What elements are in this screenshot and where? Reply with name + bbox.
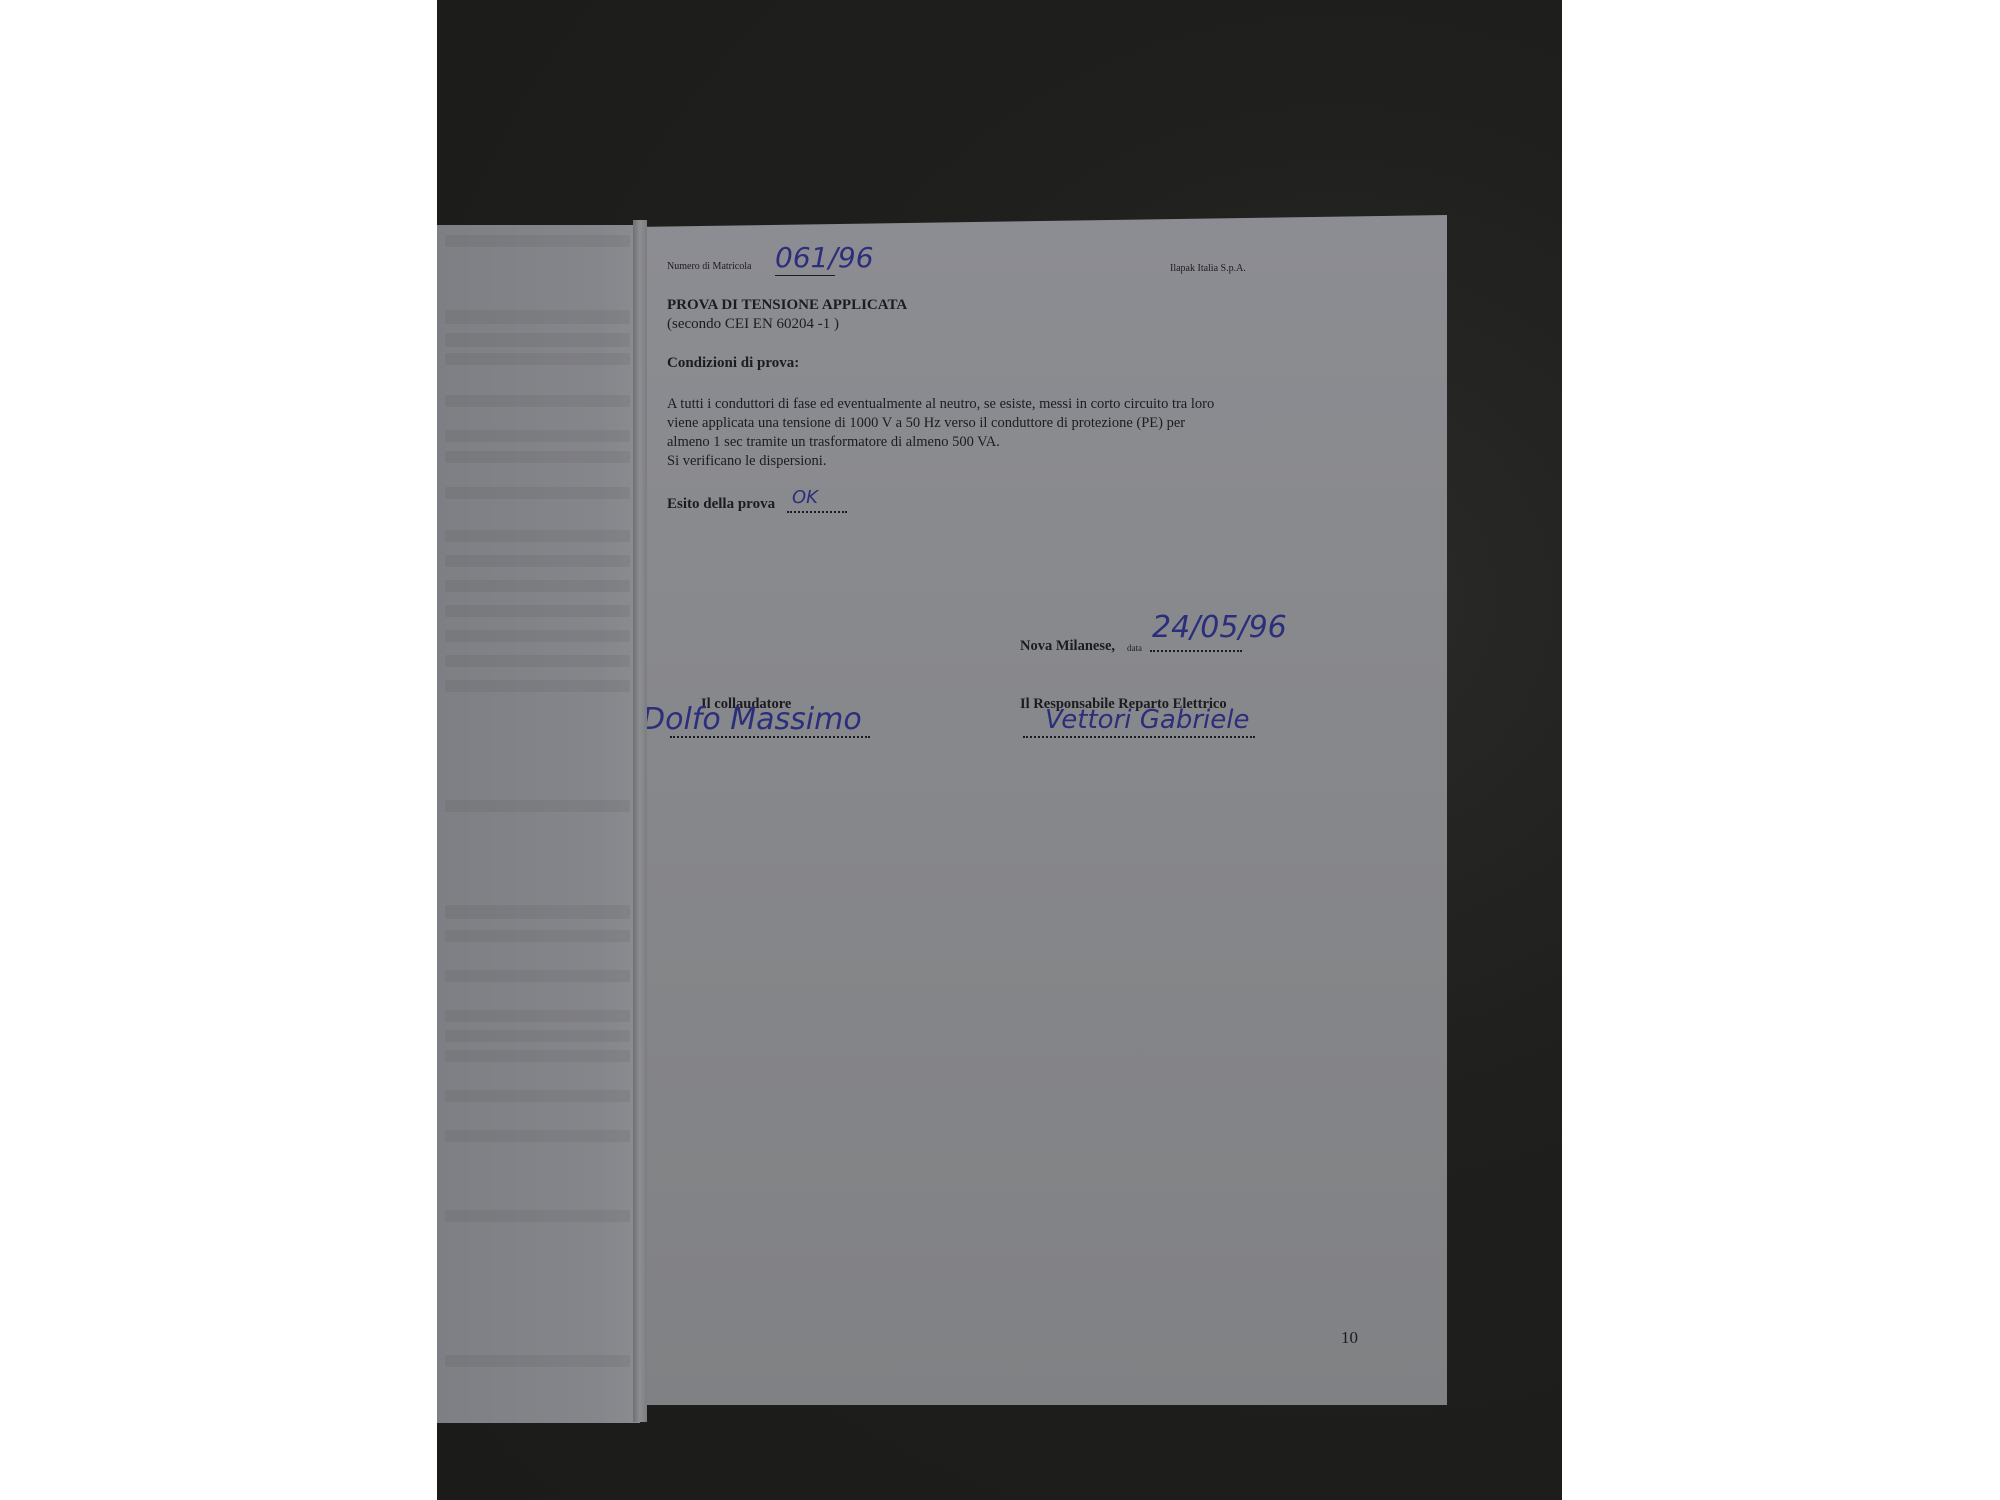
manager-signature-line <box>1023 736 1255 738</box>
conditions-heading: Condizioni di prova: <box>667 355 799 372</box>
document-page: Numero di Matricola 061/96 Ilapak Italia… <box>640 215 1447 1405</box>
body-line: A tutti i conduttori di fase ed eventual… <box>667 396 1214 413</box>
document-photo: Numero di Matricola 061/96 Ilapak Italia… <box>437 0 1562 1500</box>
body-line: Si verificano le dispersioni. <box>667 453 826 470</box>
page-subtitle: (secondo CEI EN 60204 -1 ) <box>667 316 839 333</box>
matricola-handwritten-value: 061/96 <box>775 241 874 274</box>
tester-signature: Dolfo Massimo <box>642 702 862 737</box>
date-dotted-line <box>1150 650 1242 652</box>
page-title: PROVA DI TENSIONE APPLICATA <box>667 297 907 314</box>
book-gutter <box>633 220 647 1422</box>
date-label: data <box>1127 643 1142 653</box>
page-number: 10 <box>1341 1328 1358 1348</box>
result-handwritten-value: OK <box>792 487 818 508</box>
company-name: Ilapak Italia S.p.A. <box>1170 263 1246 274</box>
place-label: Nova Milanese, <box>1020 638 1115 655</box>
previous-page-bleedthrough <box>437 225 640 1423</box>
body-line: viene applicata una tensione di 1000 V a… <box>667 415 1185 432</box>
result-dotted-line <box>787 511 847 513</box>
matricola-underline <box>775 275 835 276</box>
matricola-label: Numero di Matricola <box>667 261 751 272</box>
manager-signature: Vettori Gabriele <box>1045 705 1249 735</box>
result-label: Esito della prova <box>667 496 775 513</box>
date-handwritten-value: 24/05/96 <box>1152 610 1287 645</box>
body-line: almeno 1 sec tramite un trasformatore di… <box>667 434 1000 451</box>
